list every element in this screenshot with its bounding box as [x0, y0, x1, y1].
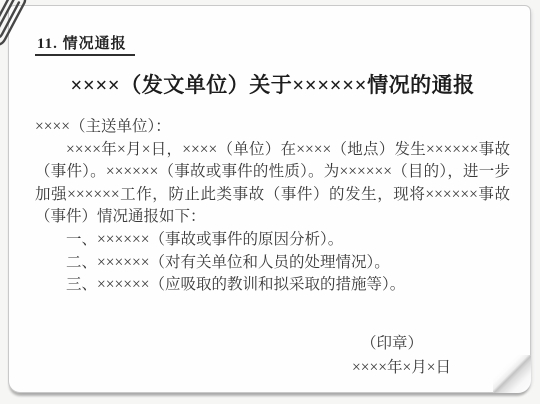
- document-body: ××××（主送单位）： ××××年×月×日，××××（单位）在××××（地点）发…: [35, 116, 510, 297]
- list-item-3: 三、××××××（应吸取的教训和拟采取的措施等）。: [35, 274, 510, 297]
- signature-block: （印章） ××××年×月×日: [352, 332, 451, 379]
- salutation-line: ××××（主送单位）：: [35, 116, 510, 139]
- document-title: ××××（发文单位）关于××××××情况的通报: [35, 69, 510, 99]
- notice-template-page: 11. 情况通报 ××××（发文单位）关于××××××情况的通报 ××××（主送…: [0, 0, 540, 404]
- page-curl-icon: [493, 355, 531, 393]
- document-card: 11. 情况通报 ××××（发文单位）关于××××××情况的通报 ××××（主送…: [8, 5, 531, 393]
- section-heading: 11. 情况通报: [35, 32, 135, 56]
- list-item-1: 一、××××××（事故或事件的原因分析）。: [35, 229, 510, 252]
- body-paragraph: ××××年×月×日，××××（单位）在××××（地点）发生××××××事故（事件…: [35, 139, 510, 229]
- signature-date: ××××年×月×日: [352, 356, 451, 380]
- list-item-2: 二、××××××（对有关单位和人员的处理情况）。: [35, 252, 510, 275]
- seal-placeholder: （印章）: [352, 332, 451, 356]
